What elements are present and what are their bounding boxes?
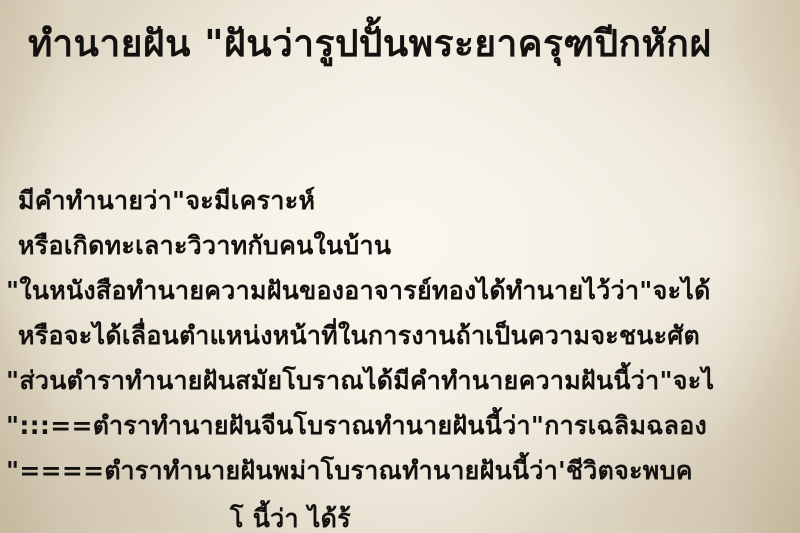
- page-title: ทำนายฝัน "ฝันว่ารูปปั้นพระยาครุฑปีกหักฝ: [28, 14, 712, 74]
- prediction-line: มีคำทำนายว่า"จะมีเคราะห์: [18, 183, 315, 219]
- prediction-line: "====ตำราทำนายฝันพม่าโบราณทำนายฝันนี้ว่า…: [6, 453, 693, 489]
- prediction-line: หรือเกิดทะเลาะวิวาทกับคนในบ้าน: [18, 228, 391, 264]
- prediction-line: ":::==ตำราทำนายฝันจีนโบราณทำนายฝันนี้ว่า…: [6, 408, 707, 444]
- prediction-line: "ส่วนตำราทำนายฝันสมัยโบราณได้มีคำทำนายคว…: [6, 363, 714, 399]
- prediction-line: หรือจะได้เลื่อนตำแหน่งหน้าที่ในการงานถ้า…: [18, 318, 700, 354]
- prediction-line: "ในหนังสือทำนายความฝันของอาจารย์ทองได้ทำ…: [6, 273, 711, 309]
- prediction-line-partial: โ นี้ว่า ได้ร้: [230, 501, 351, 533]
